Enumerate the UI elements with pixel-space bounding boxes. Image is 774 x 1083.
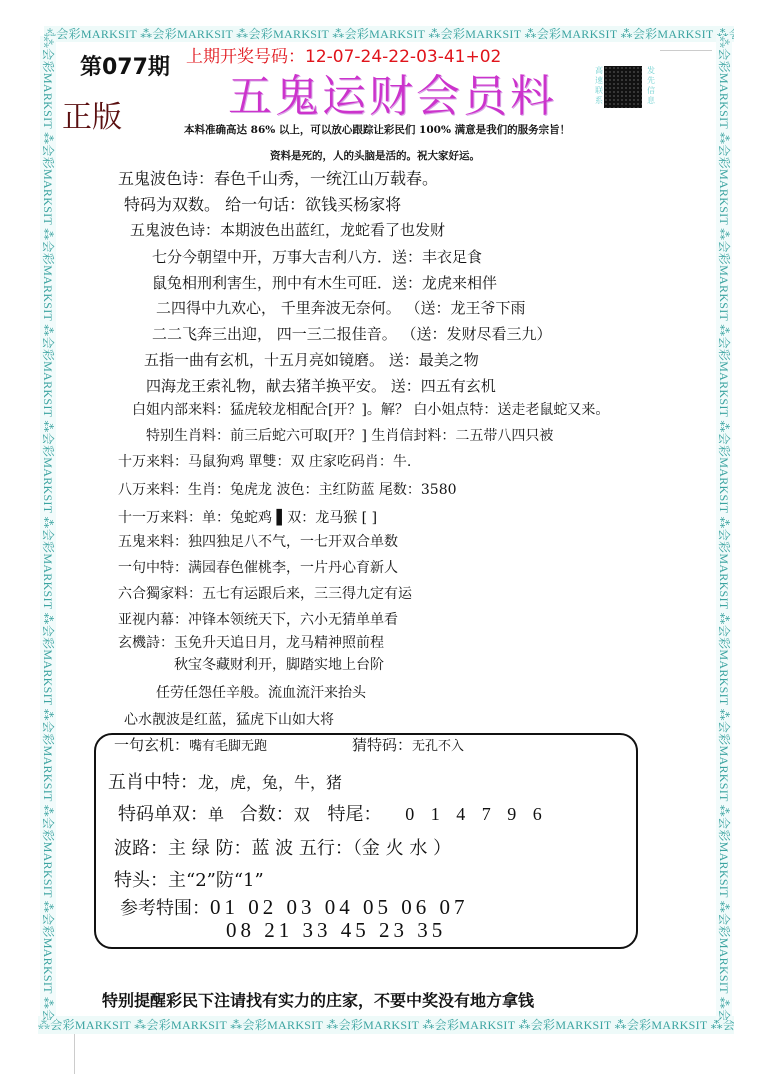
page-title: 五鬼运财会员料: [228, 60, 557, 124]
text-line: 秋宝冬藏财利开，脚踏实地上台阶: [174, 654, 384, 674]
odd-even-label: 特码单双：: [118, 804, 208, 825]
text-line: 五鬼波色诗：春色千山秀，一统江山万载春。: [118, 166, 438, 189]
reference-label: 参考特围：: [120, 898, 210, 919]
text-line: 鼠兔相刑利害生，刑中有木生可旺．送：龙虎来相伴: [152, 272, 497, 293]
text-line: 特码为双数。 给一句话：欲钱买杨家将: [124, 192, 401, 215]
reference-numbers-row2: 08 21 33 45 23 35: [226, 918, 446, 943]
text-line: 十一万来料：单：兔蛇鸡 ▌双：龙马猴 [ ]: [118, 507, 377, 527]
watermark-strip-bottom: ⁂会彩MARKSIT ⁂会彩MARKSIT ⁂会彩MARKSIT ⁂会彩MARK…: [38, 1016, 734, 1034]
odd-even-value: 单: [208, 805, 224, 824]
guess-value: 无孔不入: [412, 739, 464, 754]
text-line: 七分今朝望中开，万事大吉利八方．送：丰衣足食: [152, 246, 482, 267]
divider: [74, 1034, 75, 1074]
riddle-row: 一句玄机：嘴有毛脚无跑: [114, 734, 267, 755]
odd-even-row: 特码单双：单 合数：双 特尾： 0 1 4 7 9 6: [118, 800, 548, 826]
footer-notice: 特别提醒彩民下注请找有实力的庄家，不要中奖没有地方拿钱: [102, 988, 534, 1011]
tail-value: 0 1 4 7 9 6: [405, 804, 548, 824]
head-value: 主“2”防“1”: [168, 870, 264, 891]
tail-label: 特尾：: [328, 804, 382, 825]
text-line: 四海龙王索礼物，献去猪羊换平安。 送：四五有玄机: [146, 375, 496, 396]
text-line: 六合獨家料：五七有运跟后来，三三得九定有运: [118, 583, 412, 603]
slogan-accuracy: 本料准确高达 86% 以上，可以放心跟踪让彩民们 100% 满意是我们的服务宗旨…: [184, 122, 570, 137]
reference-numbers-row1: 01 02 03 04 05 06 07: [210, 895, 469, 919]
five-zodiac-label: 五肖中特：: [108, 772, 198, 793]
text-line: 任劳任怨任辛般。流血流汗来抬头: [156, 682, 366, 702]
watermark-text: ⁂会彩MARKSIT ⁂会彩MARKSIT ⁂会彩MARKSIT ⁂会彩MARK…: [40, 36, 56, 1020]
text-line: 十万来料：马鼠狗鸡 單雙：双 庄家吃码肖：牛.: [118, 451, 411, 471]
text-line: 特别生肖料：前三后蛇六可取[开？] 生肖信封料：二五带八四只被: [146, 425, 553, 445]
wave-label: 波路：: [114, 838, 168, 859]
text-line: 亚视内幕：冲锋本领统天下，六小无猜单单看: [118, 609, 398, 629]
riddle-value: 嘴有毛脚无跑: [189, 739, 267, 754]
riddle-label: 一句玄机：: [114, 736, 189, 754]
text-line: 白姐内部来料：猛虎较龙相配合[开？]。解？ 白小姐点特：送走老鼠蛇又来。: [132, 399, 609, 419]
wave-value: 主 绿 防：蓝 波: [168, 838, 293, 859]
watermark-strip-top: ⁂会彩MARKSIT ⁂会彩MARKSIT ⁂会彩MARKSIT ⁂会彩MARK…: [44, 26, 734, 42]
sum-label: 合数：: [240, 804, 294, 825]
qr-caption-right: 发先信息: [647, 66, 655, 106]
slogan-luck: 资料是死的，人的头脑是活的。祝大家好运。: [270, 148, 480, 163]
watermark-strip-left: ⁂会彩MARKSIT ⁂会彩MARKSIT ⁂会彩MARKSIT ⁂会彩MARK…: [40, 36, 56, 1020]
text-line: 二二飞奔三出迎， 四一三二报佳音。 （送：发财尽看三九）: [152, 323, 552, 344]
text-line: 五指一曲有玄机，十五月亮如镜磨。 送：最美之物: [144, 349, 479, 370]
watermark-text: ⁂会彩MARKSIT ⁂会彩MARKSIT ⁂会彩MARKSIT ⁂会彩MARK…: [716, 36, 732, 1020]
issue-number: 第077期: [80, 50, 170, 81]
text-line: 玄機詩：玉免升天追日月，龙马精神照前程: [118, 632, 384, 652]
watermark-strip-right: ⁂会彩MARKSIT ⁂会彩MARKSIT ⁂会彩MARKSIT ⁂会彩MARK…: [716, 36, 732, 1020]
five-zodiac-value: 龙，虎，兔，牛，猪: [198, 773, 342, 792]
sum-value: 双: [294, 805, 310, 824]
head-label: 特头：: [114, 870, 168, 891]
five-zodiac-row: 五肖中特：龙，虎，兔，牛，猪: [108, 768, 342, 794]
watermark-text: ⁂会彩MARKSIT ⁂会彩MARKSIT ⁂会彩MARKSIT ⁂会彩MARK…: [38, 1018, 734, 1032]
divider: [660, 50, 712, 51]
elements-value: （金 火 水 ）: [353, 838, 451, 859]
text-line: 二四得中九欢心， 千里奔波无奈何。 （送：龙王爷下雨: [156, 297, 526, 318]
text-line: 八万来料：生肖：兔虎龙 波色：主红防蓝 尾数：3580: [118, 479, 457, 499]
text-line: 心水靓波是红蓝，猛虎下山如大将: [124, 709, 334, 729]
watermark-text: ⁂会彩MARKSIT ⁂会彩MARKSIT ⁂会彩MARKSIT ⁂会彩MARK…: [44, 27, 734, 41]
qr-code-image: [604, 66, 642, 108]
text-line: 一句中特：满园春色催桃李，一片丹心育新人: [118, 557, 398, 577]
elements-label: 五行：: [299, 838, 353, 859]
text-line: 五鬼波色诗：本期波色出蓝红，龙蛇看了也发财: [130, 219, 445, 240]
guess-label: 猜特码：: [352, 736, 412, 754]
text-line: 五鬼来料：独四独足八不气，一七开双合单数: [118, 531, 398, 551]
reference-row: 参考特围：01 02 03 04 05 06 07: [120, 894, 469, 920]
wave-row: 波路：主 绿 防：蓝 波 五行：（金 火 水 ）: [114, 834, 451, 860]
head-row: 特头：主“2”防“1”: [114, 866, 264, 892]
qr-caption-left: 高速联系: [595, 66, 603, 106]
guess-row: 猜特码：无孔不入: [352, 734, 464, 755]
genuine-label: 正版: [62, 92, 122, 136]
